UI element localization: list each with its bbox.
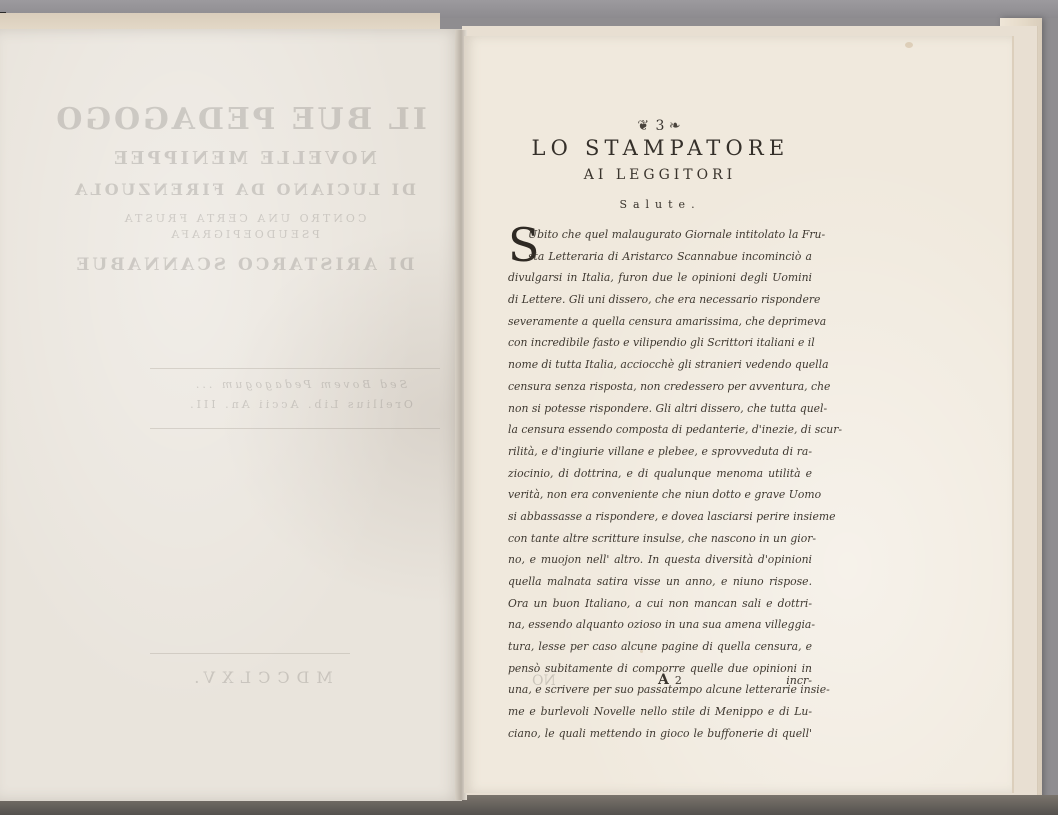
- ghost-title-line: DI LUCIANO DA FIRENZUOLA: [24, 180, 464, 199]
- text-line: di Lettere. Gli uni dissero, che era nec…: [508, 289, 812, 311]
- page-subtitle: AI LEGGITORI: [500, 167, 820, 183]
- page-number-header: ❦ 3 ❧: [500, 118, 820, 134]
- signature-mark: A2: [658, 672, 682, 688]
- foxing-spot: [905, 42, 913, 48]
- ghost-rule: [150, 428, 440, 429]
- text-line: Ora un buon Italiano, a cui non mancan s…: [508, 593, 812, 615]
- text-line: divulgarsi in Italia, furon due le opini…: [508, 267, 812, 289]
- ghost-title-line: CONTRO UNA CERTA FRUSTA: [24, 212, 464, 225]
- text-line: me e burlevoli Novelle nello stile di Me…: [508, 701, 812, 723]
- text-line: na, essendo alquanto ozioso in una sua a…: [508, 614, 812, 636]
- text-line: sta Letteraria di Aristarco Scannabue in…: [508, 246, 812, 268]
- page-number: 3: [656, 118, 665, 134]
- fleuron-right-icon: ❧: [669, 118, 683, 134]
- page-footer: A2 incr-: [508, 672, 812, 692]
- signature-number: 2: [675, 674, 682, 687]
- ghost-title-line: DI ARISTARCO SCANNABUE: [24, 255, 464, 275]
- ghost-title-line: IL BUE PEDAGOGO: [20, 102, 460, 137]
- salutation: Salute.: [500, 198, 820, 211]
- text-line: ciano, le quali mettendo in gioco le buf…: [508, 723, 812, 745]
- text-line: Ubito che quel malaugurato Giornale inti…: [508, 224, 812, 246]
- text-line: con incredibile fasto e vilipendio gli S…: [508, 332, 812, 354]
- ghost-title-line: PSEUDOEPIGRAFA: [24, 228, 464, 241]
- text-line: tura, lesse per caso alcune pagine di qu…: [508, 636, 812, 658]
- text-line: verità, non era conveniente che niun dot…: [508, 484, 812, 506]
- ghost-rule: [150, 368, 440, 369]
- text-line: censura senza risposta, non credessero p…: [508, 376, 812, 398]
- ghost-title-line: NOVELLE MENIPPEE: [24, 148, 464, 169]
- ghost-rule: [150, 653, 350, 654]
- ghost-epigraph-line: Orellius Lib. Accii An. III.: [150, 398, 450, 411]
- text-line: rilità, e d'ingiurie villane e plebee, e…: [508, 441, 812, 463]
- text-line: no, e muojon nell' altro. In questa dive…: [508, 549, 812, 571]
- body-text: Ubito che quel malaugurato Giornale inti…: [508, 224, 812, 745]
- fleuron-left-icon: ❦: [637, 118, 651, 134]
- text-line: nome di tutta Italia, acciocchè gli stra…: [508, 354, 812, 376]
- text-line: severamente a quella censura amarissima,…: [508, 311, 812, 333]
- catchword: incr-: [786, 674, 812, 687]
- text-line: la censura essendo composta di pedanteri…: [508, 419, 812, 441]
- text-line: quella malnata satira visse un anno, e n…: [508, 571, 812, 593]
- signature-letter: A: [658, 672, 669, 688]
- page-title: LO STAMPATORE: [508, 136, 813, 160]
- foxing-spot: [640, 650, 643, 653]
- text-line: con tante altre scritture insulse, che n…: [508, 528, 812, 550]
- ghost-imprint-date: MDCCLXV.: [110, 668, 410, 687]
- ghost-epigraph-line: Sed Bovem Pedagogum ...: [150, 378, 450, 391]
- text-line: non si potesse rispondere. Gli altri dis…: [508, 398, 812, 420]
- text-line: si abbassasse a rispondere, e dovea lasc…: [508, 506, 812, 528]
- text-line: ziocinio, di dottrina, e di qualunque me…: [508, 463, 812, 485]
